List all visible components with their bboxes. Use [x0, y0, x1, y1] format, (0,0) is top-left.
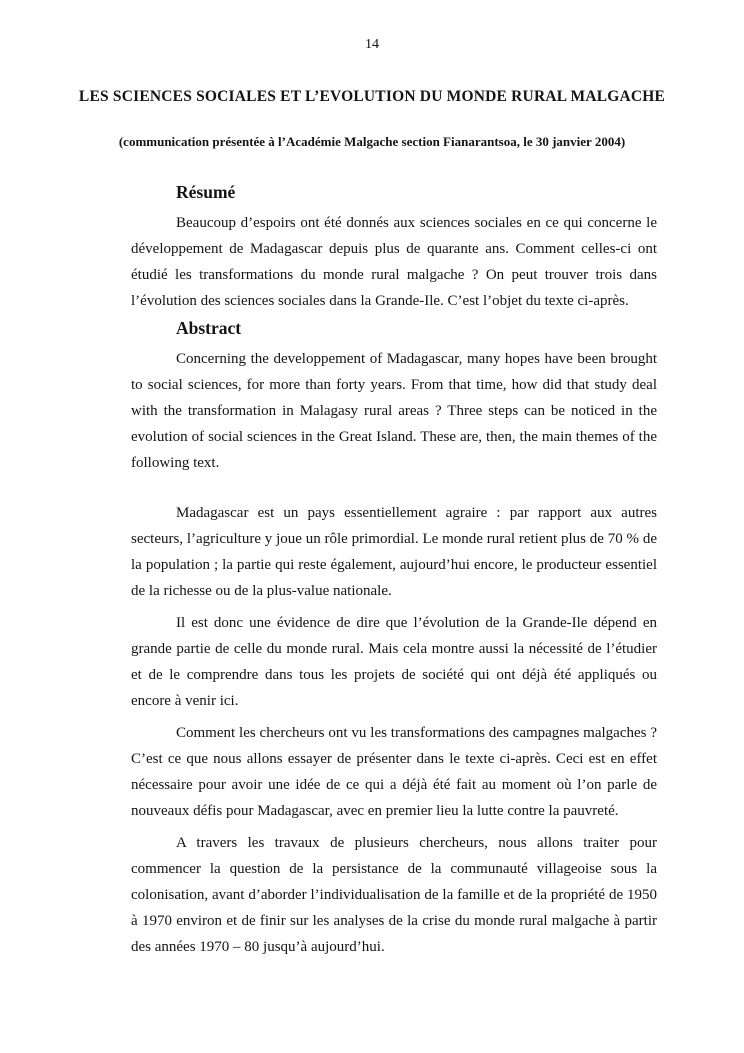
- abstract-heading: Abstract: [131, 316, 657, 340]
- document-subtitle: (communication présentée à l’Académie Ma…: [0, 133, 744, 151]
- body-paragraph: A travers les travaux de plusieurs cherc…: [131, 830, 657, 960]
- resume-paragraph: Beaucoup d’espoirs ont été donnés aux sc…: [131, 210, 657, 314]
- body-paragraph: Comment les chercheurs ont vu les transf…: [131, 720, 657, 824]
- body-paragraph: Madagascar est un pays essentiellement a…: [131, 500, 657, 604]
- page-number: 14: [0, 36, 744, 54]
- body-paragraph: Il est donc une évidence de dire que l’é…: [131, 610, 657, 714]
- document-page: 14 LES SCIENCES SOCIALES ET L’EVOLUTION …: [0, 0, 744, 1053]
- document-body: Résumé Beaucoup d’espoirs ont été donnés…: [131, 180, 657, 960]
- abstract-paragraph: Concerning the developpement of Madagasc…: [131, 346, 657, 476]
- document-title: LES SCIENCES SOCIALES ET L’EVOLUTION DU …: [0, 87, 744, 107]
- resume-heading: Résumé: [131, 180, 657, 204]
